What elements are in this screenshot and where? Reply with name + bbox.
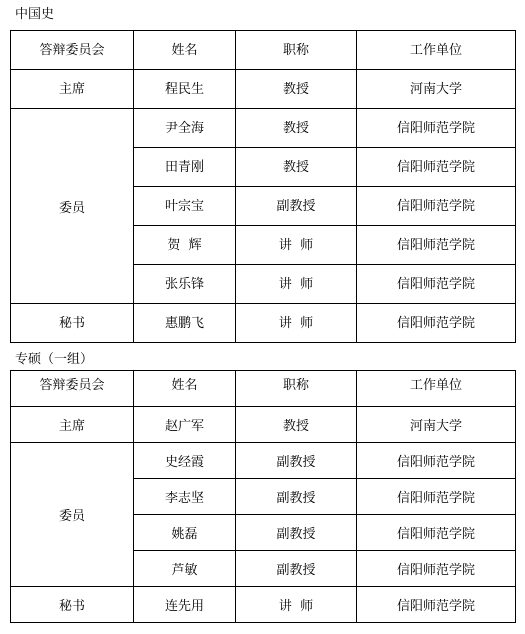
table-row-chair: 主席 赵广军 教授 河南大学 — [11, 407, 516, 443]
committee-table-1: 答辩委员会 姓名 职称 工作单位 主席 程民生 教授 河南大学 委员 尹全海 教… — [10, 30, 516, 343]
name-cell: 史经霞 — [134, 443, 236, 479]
header-unit: 工作单位 — [357, 31, 516, 70]
title-cell: 讲 师 — [236, 587, 357, 623]
unit-cell: 河南大学 — [357, 407, 516, 443]
title-cell: 教授 — [236, 407, 357, 443]
unit-cell: 信阳师范学院 — [357, 187, 516, 226]
table-header-row: 答辩委员会 姓名 职称 工作单位 — [11, 371, 516, 407]
title-cell: 副教授 — [236, 443, 357, 479]
name-cell: 惠鹏飞 — [134, 304, 236, 343]
name-cell: 叶宗宝 — [134, 187, 236, 226]
unit-cell: 信阳师范学院 — [357, 226, 516, 265]
unit-cell: 信阳师范学院 — [357, 515, 516, 551]
unit-cell: 信阳师范学院 — [357, 304, 516, 343]
name-cell: 芦敏 — [134, 551, 236, 587]
title-cell: 讲 师 — [236, 304, 357, 343]
table-header-row: 答辩委员会 姓名 职称 工作单位 — [11, 31, 516, 70]
table-row-secretary: 秘书 惠鹏飞 讲 师 信阳师范学院 — [11, 304, 516, 343]
title-cell: 教授 — [236, 70, 357, 109]
role-cell: 主席 — [11, 70, 134, 109]
header-committee: 答辩委员会 — [11, 31, 134, 70]
name-cell: 连先用 — [134, 587, 236, 623]
role-cell: 主席 — [11, 407, 134, 443]
title-cell: 副教授 — [236, 187, 357, 226]
title-cell: 副教授 — [236, 515, 357, 551]
unit-cell: 信阳师范学院 — [357, 551, 516, 587]
title-cell: 副教授 — [236, 551, 357, 587]
unit-cell: 河南大学 — [357, 70, 516, 109]
title-cell: 教授 — [236, 148, 357, 187]
name-cell: 张乐锋 — [134, 265, 236, 304]
title-cell: 讲 师 — [236, 226, 357, 265]
header-title: 职称 — [236, 31, 357, 70]
header-name: 姓名 — [134, 371, 236, 407]
name-cell: 田青刚 — [134, 148, 236, 187]
name-cell: 李志坚 — [134, 479, 236, 515]
unit-cell: 信阳师范学院 — [357, 443, 516, 479]
unit-cell: 信阳师范学院 — [357, 148, 516, 187]
header-committee: 答辩委员会 — [11, 371, 134, 407]
table-row-secretary: 秘书 连先用 讲 师 信阳师范学院 — [11, 587, 516, 623]
name-cell: 赵广军 — [134, 407, 236, 443]
table-row-member: 委员 尹全海 教授 信阳师范学院 — [11, 109, 516, 148]
role-cell: 秘书 — [11, 587, 134, 623]
committee-table-2: 答辩委员会 姓名 职称 工作单位 主席 赵广军 教授 河南大学 委员 史经霞 副… — [10, 370, 516, 623]
unit-cell: 信阳师范学院 — [357, 587, 516, 623]
unit-cell: 信阳师范学院 — [357, 109, 516, 148]
title-cell: 教授 — [236, 109, 357, 148]
title-cell: 讲 师 — [236, 265, 357, 304]
header-title: 职称 — [236, 371, 357, 407]
section-title-2: 专硕（一组） — [15, 352, 93, 368]
header-unit: 工作单位 — [357, 371, 516, 407]
table-row-chair: 主席 程民生 教授 河南大学 — [11, 70, 516, 109]
role-cell: 秘书 — [11, 304, 134, 343]
header-name: 姓名 — [134, 31, 236, 70]
role-cell-members: 委员 — [11, 109, 134, 304]
name-cell: 程民生 — [134, 70, 236, 109]
unit-cell: 信阳师范学院 — [357, 265, 516, 304]
name-cell: 贺 辉 — [134, 226, 236, 265]
name-cell: 姚磊 — [134, 515, 236, 551]
title-cell: 副教授 — [236, 479, 357, 515]
table-row-member: 委员 史经霞 副教授 信阳师范学院 — [11, 443, 516, 479]
role-cell-members: 委员 — [11, 443, 134, 587]
unit-cell: 信阳师范学院 — [357, 479, 516, 515]
section-title-1: 中国史 — [15, 7, 54, 23]
name-cell: 尹全海 — [134, 109, 236, 148]
